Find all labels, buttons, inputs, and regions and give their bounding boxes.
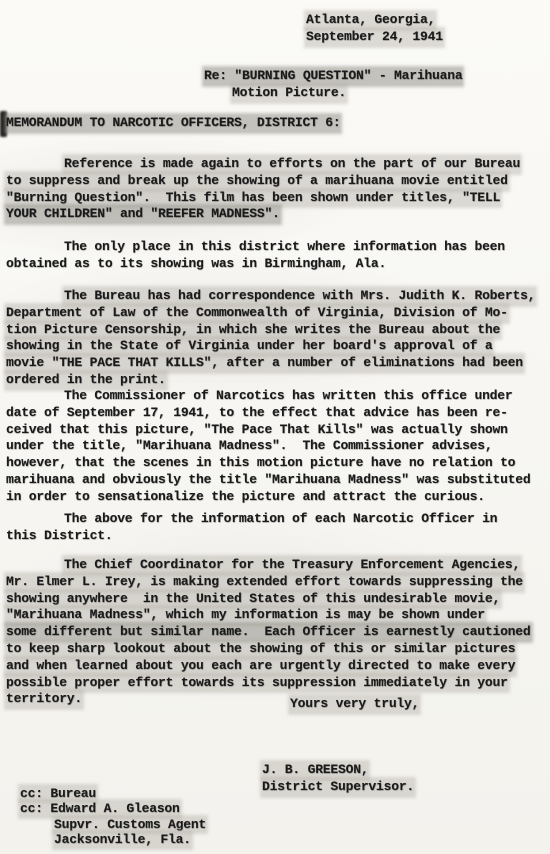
cc-line-city: Jacksonville, Fla.	[54, 832, 191, 847]
memo-heading: MEMORANDUM TO NARCOTIC OFFICERS, DISTRIC…	[6, 115, 340, 132]
text-line: Mr. Elmer L. Irey, is making extended ef…	[6, 574, 523, 591]
cc-line-bureau: cc: Bureau	[20, 786, 96, 801]
closing: Yours very truly,	[290, 696, 419, 713]
text-line: ceived that this picture, "The Pace That…	[6, 422, 508, 439]
memo-page: Atlanta, Georgia, September 24, 1941 Re:…	[0, 0, 550, 854]
closing-text: Yours very truly,	[290, 696, 419, 713]
cc-block: cc: Bureau cc: Edward A. Gleason Supvr. …	[20, 786, 206, 848]
text-line: tion Picture Censorship, in which she wr…	[6, 322, 500, 339]
dateline-city: Atlanta, Georgia,	[306, 12, 435, 29]
text-line: YOUR CHILDREN" and "REEFER MADNESS".	[6, 206, 280, 223]
cc-line-title: Supvr. Customs Agent	[54, 817, 206, 832]
paragraph-1: Reference is made again to efforts on th…	[6, 156, 520, 223]
text-line: some different but similar name. Each Of…	[6, 624, 531, 641]
text-line: The above for the information of each Na…	[64, 511, 497, 528]
text-line: "Burning Question". This film has been s…	[6, 190, 500, 207]
text-line: The Bureau has had correspondence with M…	[64, 288, 535, 305]
paragraph-4: The Commissioner of Narcotics has writte…	[6, 388, 531, 506]
text-line: The Chief Coordinator for the Treasury E…	[64, 557, 520, 574]
text-line: Reference is made again to efforts on th…	[64, 156, 520, 173]
text-line: this District.	[6, 528, 112, 545]
text-line: in order to sensationalize the picture a…	[6, 489, 485, 506]
memo-heading-text: MEMORANDUM TO NARCOTIC OFFICERS, DISTRIC…	[6, 115, 340, 132]
dateline: Atlanta, Georgia, September 24, 1941	[306, 12, 443, 46]
text-line: showing in the State of Virginia under h…	[6, 338, 492, 355]
signature-title: District Supervisor.	[262, 779, 414, 796]
cc-line-name: cc: Edward A. Gleason	[20, 801, 180, 816]
text-line: date of September 17, 1941, to the effec…	[6, 405, 508, 422]
paragraph-5: The above for the information of each Na…	[6, 511, 497, 545]
dateline-date: September 24, 1941	[306, 29, 443, 46]
text-line: ordered in the print.	[6, 372, 166, 389]
text-line: showing anywhere in the United States of…	[6, 591, 500, 608]
text-line: movie "THE PACE THAT KILLS", after a num…	[6, 355, 523, 372]
paragraph-2: The only place in this district where in…	[6, 239, 505, 273]
paragraph-3: The Bureau has had correspondence with M…	[6, 288, 535, 389]
text-line: under the title, "Marihuana Madness". Th…	[6, 438, 492, 455]
subject-line-2: Motion Picture.	[232, 85, 346, 102]
text-line: to keep sharp lookout about the showing …	[6, 641, 515, 658]
text-line: possible proper effort towards its suppr…	[6, 675, 508, 692]
signature-block: J. B. GREESON, District Supervisor.	[262, 762, 414, 796]
text-line: The only place in this district where in…	[64, 239, 505, 256]
text-line: however, that the scenes in this motion …	[6, 455, 515, 472]
subject-line-1: Re: "BURNING QUESTION" - Marihuana	[204, 68, 462, 85]
text-line: "Marihuana Madness", which my informatio…	[6, 607, 485, 624]
text-line: and when learned about you each are urge…	[6, 658, 515, 675]
text-line: marihuana and obviously the title "Marih…	[6, 472, 531, 489]
text-line: to suppress and break up the showing of …	[6, 173, 508, 190]
text-line: The Commissioner of Narcotics has writte…	[64, 388, 512, 405]
text-line: territory.	[6, 691, 82, 708]
text-line: Department of Law of the Commonwealth of…	[6, 305, 508, 322]
text-line: obtained as to its showing was in Birmin…	[6, 256, 386, 273]
signature-name: J. B. GREESON,	[262, 762, 368, 779]
subject-block: Re: "BURNING QUESTION" - Marihuana Motio…	[204, 68, 462, 102]
paragraph-6: The Chief Coordinator for the Treasury E…	[6, 557, 531, 708]
